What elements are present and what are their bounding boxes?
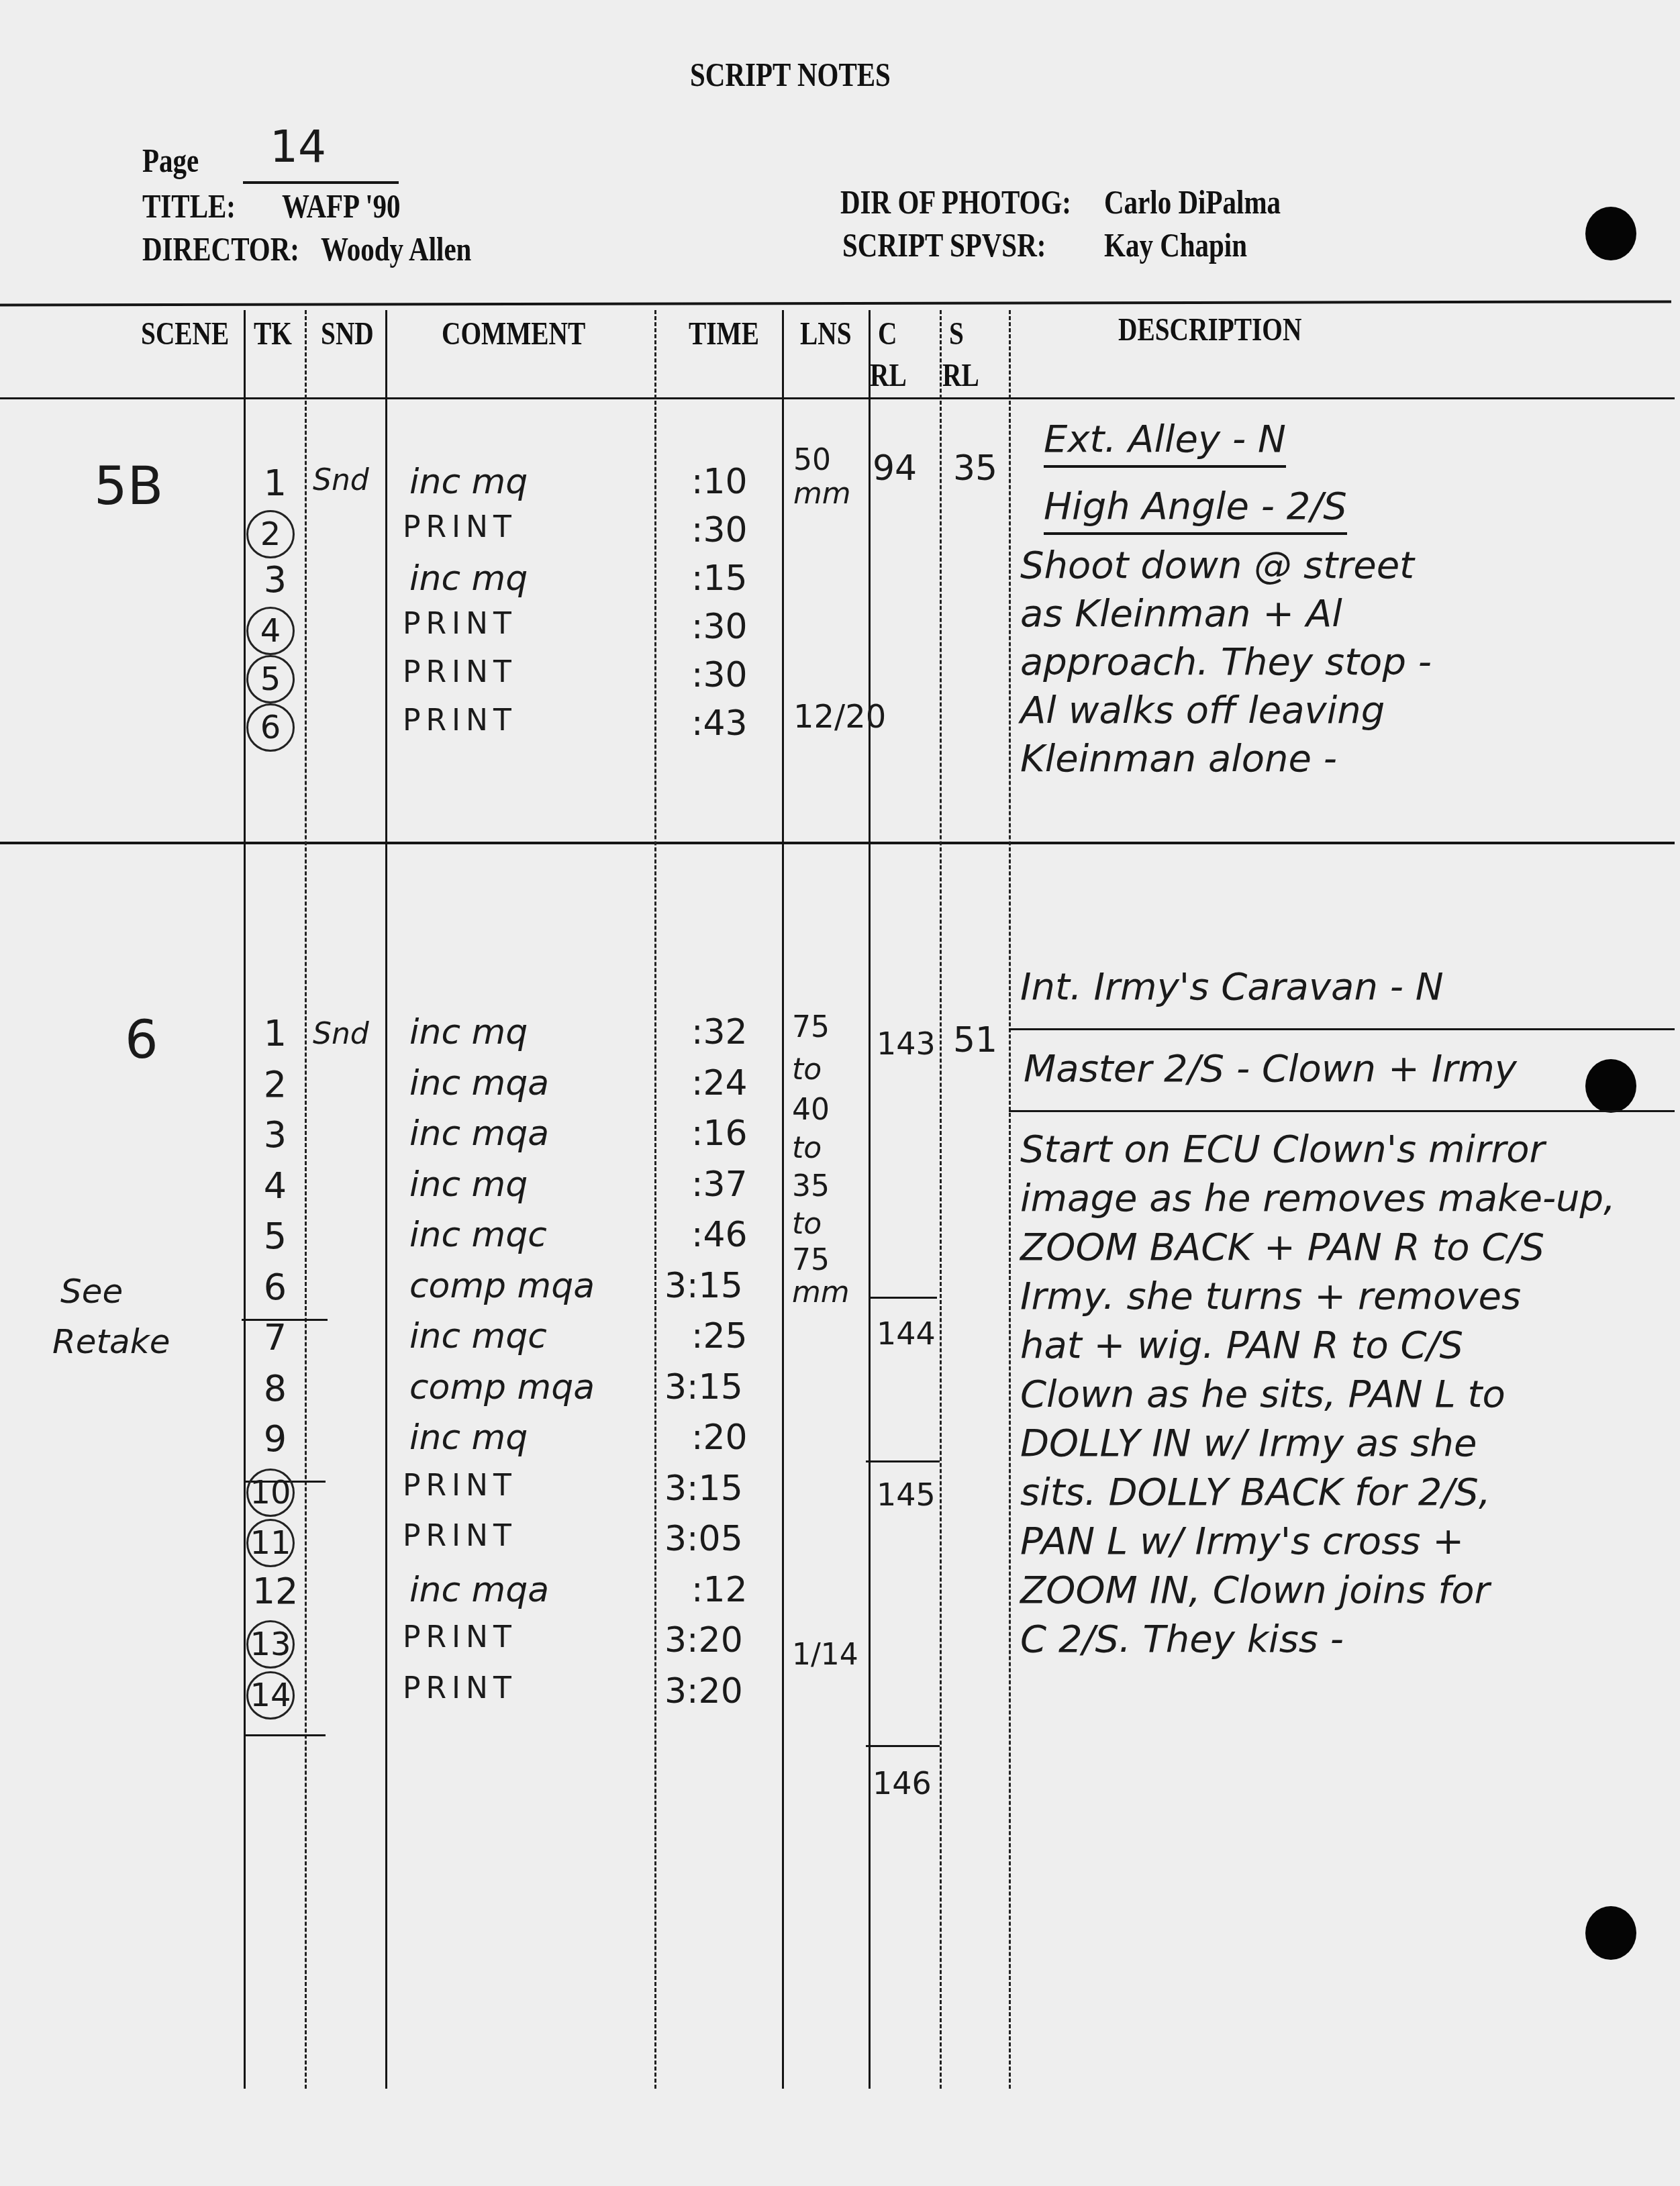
description-line: Start on ECU Clown's mirror xyxy=(1020,1128,1544,1171)
col-header-c-rl: RL xyxy=(870,357,907,394)
take-number: 6 xyxy=(245,703,305,752)
description-heading: Ext. Alley - N xyxy=(1044,417,1286,461)
take-comment: inc mq xyxy=(409,1164,528,1205)
col-header-comment: COMMENT xyxy=(442,315,585,352)
take-comment: inc mq xyxy=(409,558,528,599)
description-line: image as he removes make-up, xyxy=(1020,1177,1616,1220)
lens-entry: to xyxy=(792,1131,822,1165)
col-header-snd: SND xyxy=(321,315,374,352)
take-number: 1 xyxy=(245,1012,305,1054)
take-comment: inc mq xyxy=(409,1418,528,1458)
print-circle: 6 xyxy=(246,703,295,752)
col-header-s-rl: RL xyxy=(942,357,979,394)
col-line-crl xyxy=(869,310,871,2089)
camera-roll: 143 xyxy=(877,1026,936,1062)
scene-number: 5B xyxy=(94,456,163,517)
take-number: 3 xyxy=(245,558,305,601)
take-time: 3:05 xyxy=(664,1519,743,1559)
take-number: 3 xyxy=(245,1113,305,1156)
take-comment: PRINT xyxy=(403,607,517,641)
camera-roll-divider xyxy=(870,1297,937,1299)
description-line: sits. DOLLY BACK for 2/S, xyxy=(1020,1471,1491,1514)
take-divider xyxy=(245,1734,326,1736)
print-circle: 10 xyxy=(246,1469,295,1517)
description-line: Clown as he sits, PAN L to xyxy=(1020,1373,1505,1416)
description-shot: High Angle - 2/S xyxy=(1044,485,1347,528)
lens-entry: 12/20 xyxy=(793,698,886,736)
print-circle: 11 xyxy=(246,1519,295,1567)
col-line-srl xyxy=(940,310,942,2089)
take-comment: inc mqa xyxy=(409,1063,549,1103)
take-time: :24 xyxy=(691,1063,748,1103)
take-time: :46 xyxy=(691,1215,748,1255)
page-field: Page 14 xyxy=(142,141,211,180)
camera-roll-divider xyxy=(866,1460,940,1462)
take-time: :15 xyxy=(691,558,748,599)
dop-label: DIR OF PHOTOG: xyxy=(840,183,1071,221)
supervisor-label: SCRIPT SPVSR: xyxy=(842,226,1046,264)
take-comment: inc mqc xyxy=(409,1215,547,1255)
title-label: TITLE: xyxy=(142,187,236,226)
take-number: 13 xyxy=(245,1620,305,1669)
take-comment: PRINT xyxy=(403,1519,517,1553)
take-number: 5 xyxy=(245,655,305,703)
take-comment: PRINT xyxy=(403,655,517,689)
take-number: 1 xyxy=(245,462,305,504)
col-header-lns: LNS xyxy=(800,315,852,352)
sound-note: Snd xyxy=(313,1017,369,1051)
take-time: :30 xyxy=(691,510,748,550)
take-comment: PRINT xyxy=(403,1671,517,1705)
col-header-tk: TK xyxy=(254,315,292,352)
title-value: WAFP '90 xyxy=(282,187,401,226)
take-number: 2 xyxy=(245,510,305,558)
description-line: ZOOM IN, Clown joins for xyxy=(1020,1569,1490,1612)
description-line: approach. They stop - xyxy=(1020,640,1432,684)
lens-entry: to xyxy=(792,1052,822,1087)
lens-entry: 40 xyxy=(792,1093,830,1127)
table-top-rule xyxy=(0,300,1671,306)
col-header-description: DESCRIPTION xyxy=(1118,311,1301,348)
document-title: SCRIPT NOTES xyxy=(690,55,891,94)
take-comment: inc mqc xyxy=(409,1316,547,1356)
print-circle: 13 xyxy=(246,1620,295,1669)
description-line: Shoot down @ street xyxy=(1020,544,1414,587)
lens-entry: mm xyxy=(792,1275,850,1309)
sound-roll: 51 xyxy=(953,1020,997,1060)
take-time: :43 xyxy=(691,703,748,744)
description-line: C 2/S. They kiss - xyxy=(1020,1618,1344,1661)
take-time: 3:15 xyxy=(664,1469,743,1509)
col-line-description xyxy=(1009,310,1011,2089)
take-time: :25 xyxy=(691,1316,748,1356)
take-comment: comp mqa xyxy=(409,1367,595,1407)
supervisor-value: Kay Chapin xyxy=(1104,226,1247,264)
description-line: as Kleinman + Al xyxy=(1020,592,1342,636)
lens-entry: mm xyxy=(793,477,851,511)
director-value: Woody Allen xyxy=(321,230,471,268)
take-comment: PRINT xyxy=(403,703,517,738)
take-time: 3:15 xyxy=(664,1367,743,1407)
take-number: 6 xyxy=(245,1266,305,1308)
description-heading: Int. Irmy's Caravan - N xyxy=(1020,965,1444,1009)
take-time: 3:20 xyxy=(664,1671,743,1711)
take-number: 8 xyxy=(245,1367,305,1409)
col-line-lns xyxy=(782,310,784,2089)
lens-entry: 35 xyxy=(792,1169,830,1203)
take-time: :10 xyxy=(691,462,748,502)
take-number: 5 xyxy=(245,1215,305,1257)
take-number: 7 xyxy=(245,1316,305,1358)
take-time: :20 xyxy=(691,1418,748,1458)
description-line: DOLLY IN w/ Irmy as she xyxy=(1020,1422,1477,1465)
take-comment: inc mq xyxy=(409,462,528,502)
lens-entry: 75 xyxy=(792,1010,830,1044)
side-note: See xyxy=(60,1272,123,1311)
take-comment: PRINT xyxy=(403,510,517,544)
col-line-time xyxy=(654,310,656,2089)
side-note: Retake xyxy=(52,1322,170,1361)
take-number: 14 xyxy=(245,1671,305,1720)
description-line: PAN L w/ Irmy's cross + xyxy=(1020,1520,1464,1563)
take-comment: PRINT xyxy=(403,1469,517,1503)
take-comment: comp mqa xyxy=(409,1266,595,1306)
description-line: hat + wig. PAN R to C/S xyxy=(1020,1324,1463,1367)
description-shot: Master 2/S - Clown + Irmy xyxy=(1024,1047,1517,1091)
description-line: Kleinman alone - xyxy=(1020,737,1337,781)
dop-value: Carlo DiPalma xyxy=(1104,183,1281,221)
take-time: :16 xyxy=(691,1113,748,1154)
camera-roll: 145 xyxy=(877,1477,936,1513)
camera-roll: 146 xyxy=(873,1765,932,1801)
print-circle: 4 xyxy=(246,607,295,655)
description-line: Al walks off leaving xyxy=(1020,689,1385,732)
col-header-scene: SCENE xyxy=(141,315,229,352)
col-header-time: TIME xyxy=(689,315,759,352)
print-circle: 14 xyxy=(246,1671,295,1720)
take-comment: inc mqa xyxy=(409,1570,549,1610)
take-time: :30 xyxy=(691,655,748,695)
take-number: 11 xyxy=(245,1519,305,1567)
take-time: 3:15 xyxy=(664,1266,743,1306)
take-time: 3:20 xyxy=(664,1620,743,1660)
take-number: 9 xyxy=(245,1418,305,1460)
director-label: DIRECTOR: xyxy=(142,230,299,268)
page-number: 14 xyxy=(270,121,326,172)
take-comment: inc mq xyxy=(409,1012,528,1052)
punch-hole-top xyxy=(1585,207,1636,260)
description-line: ZOOM BACK + PAN R to C/S xyxy=(1020,1226,1544,1269)
take-number: 10 xyxy=(245,1469,305,1517)
camera-roll: 94 xyxy=(873,448,917,489)
take-number: 4 xyxy=(245,1164,305,1207)
sound-note: Snd xyxy=(313,463,369,497)
take-number: 12 xyxy=(245,1570,305,1612)
scene-divider-rule xyxy=(0,842,1675,844)
lens-entry: 1/14 xyxy=(792,1638,858,1672)
description-rule xyxy=(1009,1110,1675,1112)
lens-entry: 50 xyxy=(793,443,831,477)
description-rule xyxy=(1009,1028,1675,1030)
lens-entry: 75 xyxy=(792,1243,830,1277)
print-circle: 5 xyxy=(246,655,295,703)
punch-hole-bottom xyxy=(1585,1906,1636,1960)
sound-roll: 35 xyxy=(953,448,997,489)
take-comment: PRINT xyxy=(403,1620,517,1654)
take-number: 2 xyxy=(245,1063,305,1105)
col-header-s: S xyxy=(949,315,964,352)
col-header-c: C xyxy=(878,315,897,352)
camera-roll-divider xyxy=(866,1745,940,1747)
take-time: :32 xyxy=(691,1012,748,1052)
header-bottom-rule xyxy=(0,397,1675,399)
title-field: TITLE: xyxy=(142,187,256,226)
take-comment: inc mqa xyxy=(409,1113,549,1154)
page-label: Page xyxy=(142,141,199,180)
col-line-comment xyxy=(385,310,387,2089)
camera-roll: 144 xyxy=(877,1315,936,1352)
take-time: :37 xyxy=(691,1164,748,1205)
lens-entry: to xyxy=(792,1207,822,1241)
scene-number: 6 xyxy=(125,1010,158,1071)
description-line: Irmy. she turns + removes xyxy=(1020,1275,1521,1318)
punch-hole-middle xyxy=(1585,1059,1636,1113)
take-time: :30 xyxy=(691,607,748,647)
take-time: :12 xyxy=(691,1570,748,1610)
take-number: 4 xyxy=(245,607,305,655)
print-circle: 2 xyxy=(246,510,295,558)
